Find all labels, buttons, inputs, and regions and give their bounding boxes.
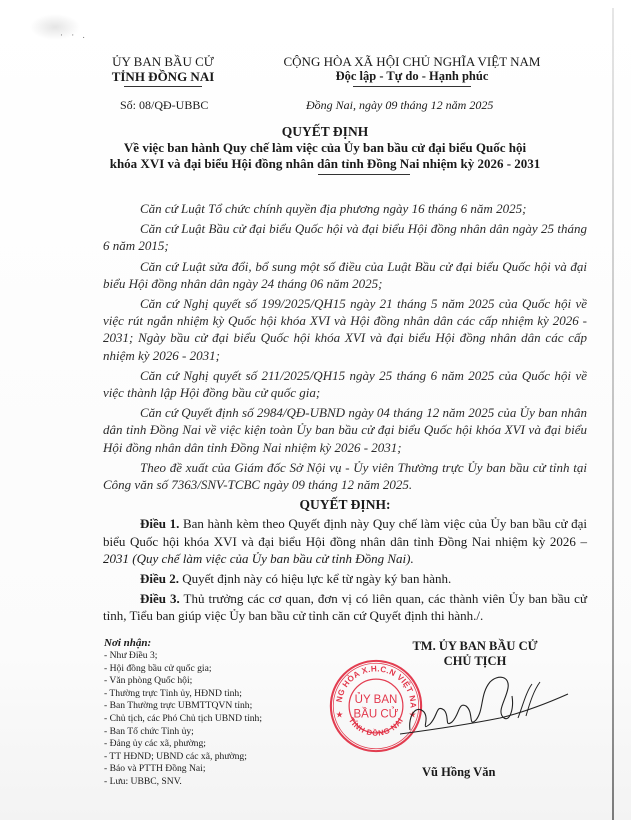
subject-line-2: khóa XVI và đại biểu Hội đồng nhân dân t… (60, 156, 590, 172)
scan-dots: · · . (60, 30, 88, 40)
motto-underline (353, 86, 471, 87)
issuer-block: ỦY BAN BẦU CỬ TỈNH ĐỒNG NAI (88, 54, 238, 87)
document-page: · · . ỦY BAN BẦU CỬ TỈNH ĐỒNG NAI CỘNG H… (0, 0, 631, 820)
recipient-item: - Hội đồng bầu cử quốc gia; (104, 663, 324, 676)
article-3: Điều 3. Thủ trưởng các cơ quan, đơn vị c… (103, 590, 587, 624)
recipients-title: Nơi nhận: (104, 637, 324, 650)
article-note: 2031 (Quy chế làm việc của Ủy ban bầu cử… (103, 551, 414, 566)
legal-basis: Căn cứ Nghị quyết số 211/2025/QH15 ngày … (103, 367, 587, 401)
svg-text:★: ★ (336, 710, 344, 720)
legal-basis: Căn cứ Quyết định số 2984/QĐ-UBND ngày 0… (103, 404, 587, 456)
recipients-list: - Như Điều 3;- Hội đồng bầu cử quốc gia;… (104, 650, 324, 789)
legal-basis: Căn cứ Luật sửa đổi, bổ sung một số điều… (103, 258, 587, 292)
issuer-line1: ỦY BAN BẦU CỬ (88, 54, 238, 69)
recipient-item: - Báo và PTTH Đồng Nai; (104, 763, 324, 776)
legal-basis: Căn cứ Nghị quyết số 199/2025/QH15 ngày … (103, 295, 587, 364)
issuer-underline (124, 86, 202, 87)
recipients-block: Nơi nhận: - Như Điều 3;- Hội đồng bầu cử… (104, 637, 324, 789)
handwritten-signature-icon (400, 672, 570, 742)
article-label: Điều 3. (140, 591, 180, 606)
recipient-item: - Ban Thường trực UBMTTQVN tỉnh; (104, 700, 324, 713)
document-title-block: QUYẾT ĐỊNH Về việc ban hành Quy chế làm … (60, 124, 590, 175)
document-body: Căn cứ Luật Tổ chức chính quyền địa phươ… (103, 200, 587, 628)
motto: Độc lập - Tự do - Hạnh phúc (262, 69, 562, 84)
legal-basis: Căn cứ Luật Tổ chức chính quyền địa phươ… (103, 200, 587, 217)
recipient-item: - Đảng ủy các xã, phường; (104, 738, 324, 751)
title-underline (318, 174, 410, 175)
article-2: Điều 2. Quyết định này có hiệu lực kể từ… (103, 570, 587, 587)
signer-position: CHỦ TỊCH (380, 654, 570, 669)
recipient-item: - Lưu: UBBC, SNV. (104, 776, 324, 789)
place-date: Đồng Nai, ngày 09 tháng 12 năm 2025 (306, 98, 493, 113)
nation-title: CỘNG HÒA XÃ HỘI CHỦ NGHĨA VIỆT NAM (262, 54, 562, 69)
legal-basis: Căn cứ Luật Bầu cử đại biểu Quốc hội và … (103, 220, 587, 254)
subject-line-1: Về việc ban hành Quy chế làm việc của Ủy… (60, 140, 590, 156)
article-label: Điều 1. (140, 516, 179, 531)
issuer-line2: TỈNH ĐỒNG NAI (88, 69, 238, 84)
article-1: Điều 1. Ban hành kèm theo Quyết định này… (103, 515, 587, 567)
document-type: QUYẾT ĐỊNH (60, 124, 590, 140)
recipient-item: - Chủ tịch, các Phó Chủ tịch UBND tỉnh; (104, 713, 324, 726)
signer-on-behalf: TM. ỦY BAN BẦU CỬ (380, 639, 570, 654)
document-number: Số: 08/QĐ-UBBC (120, 98, 208, 113)
decision-heading: QUYẾT ĐỊNH: (103, 496, 587, 513)
recipient-item: - Thường trực Tỉnh ủy, HĐND tỉnh; (104, 688, 324, 701)
page-edge-shadow (612, 8, 614, 820)
recipient-item: - Ban Tổ chức Tỉnh ủy; (104, 726, 324, 739)
national-motto-block: CỘNG HÒA XÃ HỘI CHỦ NGHĨA VIỆT NAM Độc l… (262, 54, 562, 87)
article-text: Quyết định này có hiệu lực kể từ ngày ký… (179, 571, 451, 586)
recipient-item: - Văn phòng Quốc hội; (104, 675, 324, 688)
proposal-basis: Theo đề xuất của Giám đốc Sở Nội vụ - Ủy… (103, 459, 587, 493)
signer-name: Vũ Hồng Văn (386, 765, 570, 780)
article-label: Điều 2. (140, 571, 179, 586)
recipient-item: - Như Điều 3; (104, 650, 324, 663)
recipient-item: - TT HĐND; UBND các xã, phường; (104, 751, 324, 764)
